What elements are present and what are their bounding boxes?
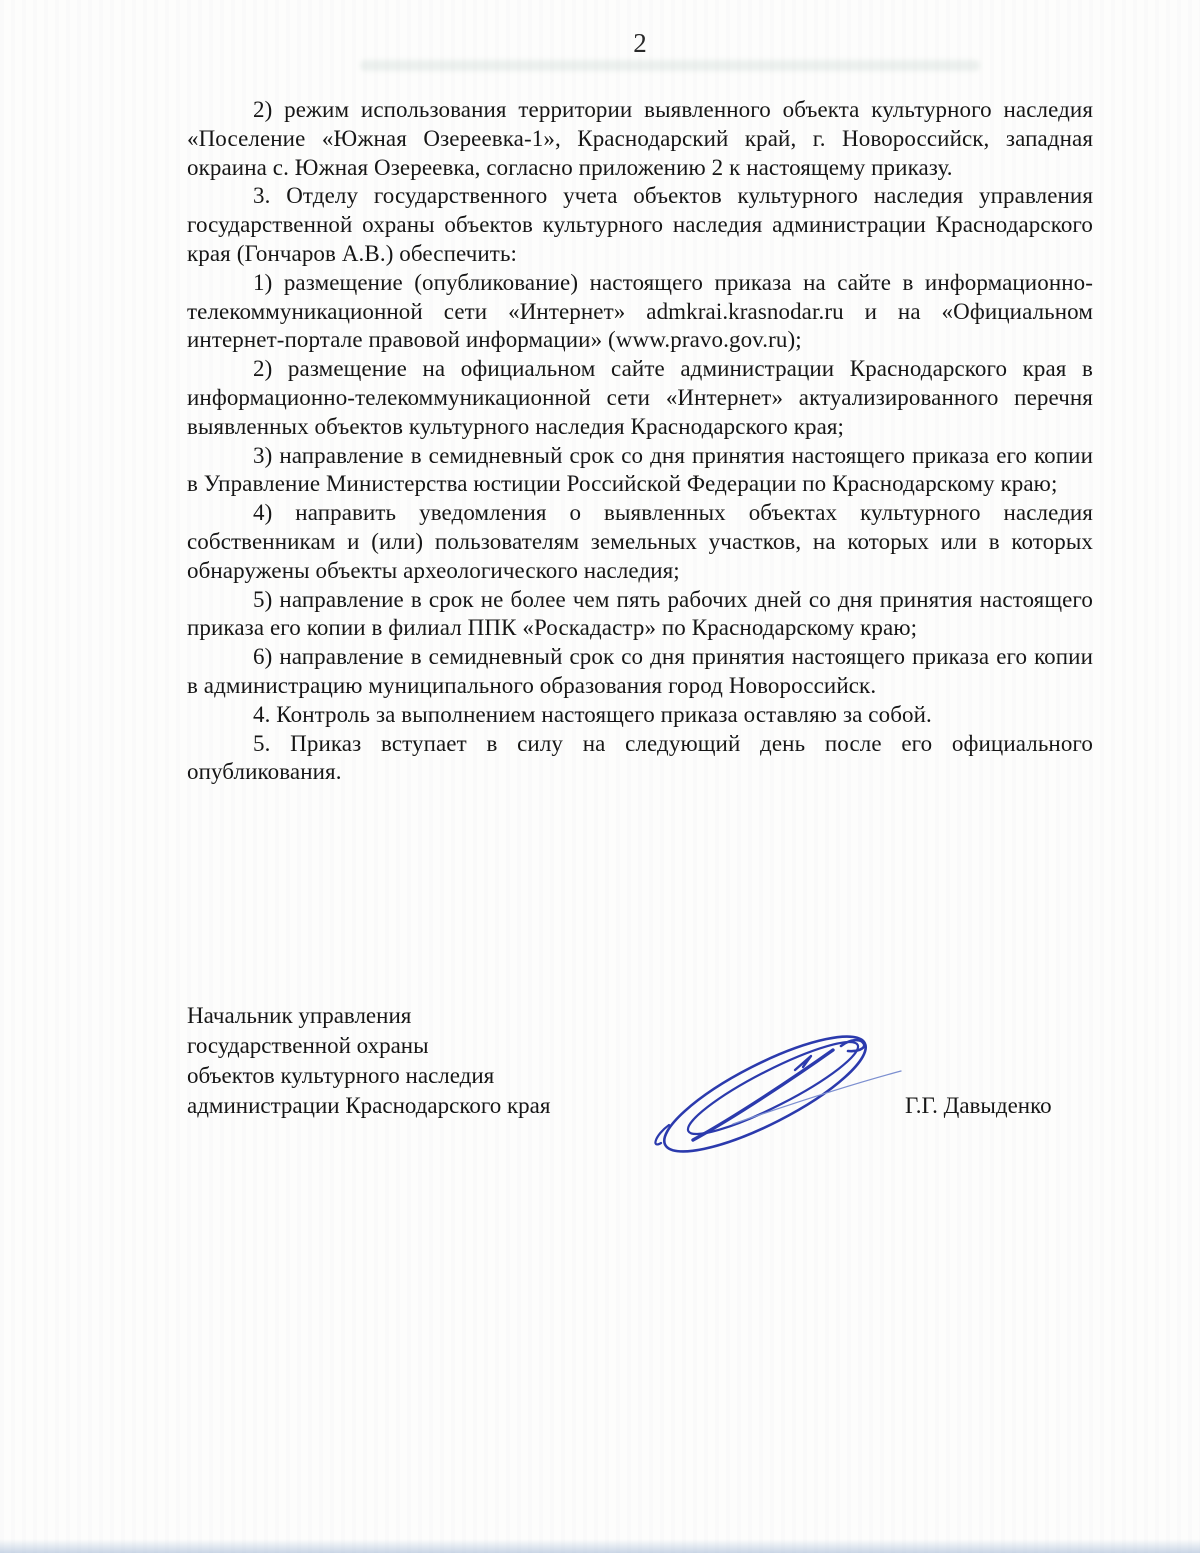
paragraph: 3) направление в семидневный срок со дня… <box>187 442 1093 500</box>
paragraph: 2) размещение на официальном сайте админ… <box>187 355 1093 441</box>
signature-stroke <box>680 1029 866 1147</box>
signatory-name: Г.Г. Давыденко <box>905 1092 1052 1120</box>
scan-smudge-artifact <box>360 60 980 71</box>
paragraph: 5) направление в срок не более чем пять … <box>187 586 1093 644</box>
paragraph: 6) направление в семидневный срок со дня… <box>187 643 1093 701</box>
signatory-position-line: администрации Краснодарского края <box>187 1091 707 1121</box>
paragraph: 4. Контроль за выполнением настоящего пр… <box>187 701 1093 730</box>
signature-block: Начальник управлениягосударственной охра… <box>187 1001 707 1121</box>
signatory-position-line: Начальник управления <box>187 1001 707 1031</box>
page-number: 2 <box>187 28 1093 58</box>
paragraph: 1) размещение (опубликование) настоящего… <box>187 269 1093 355</box>
paragraph: 5. Приказ вступает в силу на следующий д… <box>187 730 1093 788</box>
document-body: 2) режим использования территории выявле… <box>187 96 1093 787</box>
signatory-position-line: объектов культурного наследия <box>187 1061 707 1091</box>
signatory-position-line: государственной охраны <box>187 1031 707 1061</box>
paragraph: 3. Отделу государственного учета объекто… <box>187 182 1093 268</box>
scan-edge-artifact <box>0 1539 1200 1553</box>
paragraph: 4) направить уведомления о выявленных об… <box>187 499 1093 585</box>
paragraph: 2) режим использования территории выявле… <box>187 96 1093 182</box>
signature-stroke <box>693 1050 833 1140</box>
document-page: 2 2) режим использования территории выяв… <box>0 0 1200 1553</box>
handwritten-signature <box>645 1022 905 1157</box>
